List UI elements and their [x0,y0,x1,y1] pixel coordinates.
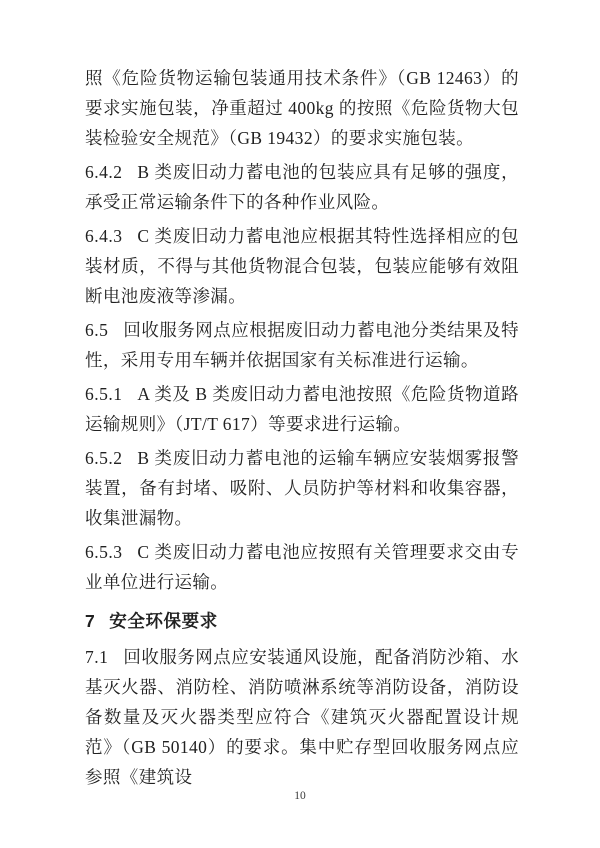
paragraph-6-5-1: 6.5.1A 类及 B 类废旧动力蓄电池按照《危险货物道路运输规则》（JT/T … [85,379,519,439]
paragraph-7-1: 7.1回收服务网点应安装通风设施，配备消防沙箱、水基灭火器、消防栓、消防喷淋系统… [85,642,519,792]
paragraph-text: C 类废旧动力蓄电池应按照有关管理要求交由专业单位进行运输。 [85,542,519,592]
document-page: 照《危险货物运输包装通用技术条件》（GB 12463）的要求实施包装，净重超过 … [0,0,600,848]
paragraph-text: B 类废旧动力蓄电池的运输车辆应安装烟雾报警装置，备有封堵、吸附、人员防护等材料… [85,448,519,528]
paragraph-6-5-3: 6.5.3C 类废旧动力蓄电池应按照有关管理要求交由专业单位进行运输。 [85,537,519,597]
heading-text: 安全环保要求 [109,611,218,631]
paragraph-6-5-2: 6.5.2B 类废旧动力蓄电池的运输车辆应安装烟雾报警装置，备有封堵、吸附、人员… [85,443,519,533]
paragraph-text: C 类废旧动力蓄电池应根据其特性选择相应的包装材质，不得与其他货物混合包装，包装… [85,226,519,306]
paragraph-text: 回收服务网点应根据废旧动力蓄电池分类结果及特性，采用专用车辆并依据国家有关标准进… [85,320,519,370]
paragraph-text: B 类废旧动力蓄电池的包装应具有足够的强度，承受正常运输条件下的各种作业风险。 [85,162,519,212]
page-number: 10 [0,790,600,802]
section-number: 6.4.2 [85,162,123,182]
paragraph-6-5: 6.5回收服务网点应根据废旧动力蓄电池分类结果及特性，采用专用车辆并依据国家有关… [85,315,519,375]
section-number: 6.4.3 [85,226,123,246]
section-number: 6.5 [85,320,108,340]
section-heading-7: 7安全环保要求 [85,606,519,636]
section-number: 7 [85,611,95,631]
paragraph-text: 回收服务网点应安装通风设施，配备消防沙箱、水基灭火器、消防栓、消防喷淋系统等消防… [85,647,519,787]
paragraph-6-4-3: 6.4.3C 类废旧动力蓄电池应根据其特性选择相应的包装材质，不得与其他货物混合… [85,221,519,311]
section-number: 6.5.2 [85,448,123,468]
section-number: 6.5.3 [85,542,123,562]
section-number: 6.5.1 [85,384,123,404]
section-number: 7.1 [85,647,108,667]
paragraph-text: A 类及 B 类废旧动力蓄电池按照《危险货物道路运输规则》（JT/T 617）等… [85,384,519,434]
paragraph-text: 照《危险货物运输包装通用技术条件》（GB 12463）的要求实施包装，净重超过 … [85,68,519,148]
paragraph-6-4-2: 6.4.2B 类废旧动力蓄电池的包装应具有足够的强度，承受正常运输条件下的各种作… [85,157,519,217]
document-content: 照《危险货物运输包装通用技术条件》（GB 12463）的要求实施包装，净重超过 … [85,63,519,796]
paragraph-continuation: 照《危险货物运输包装通用技术条件》（GB 12463）的要求实施包装，净重超过 … [85,63,519,153]
